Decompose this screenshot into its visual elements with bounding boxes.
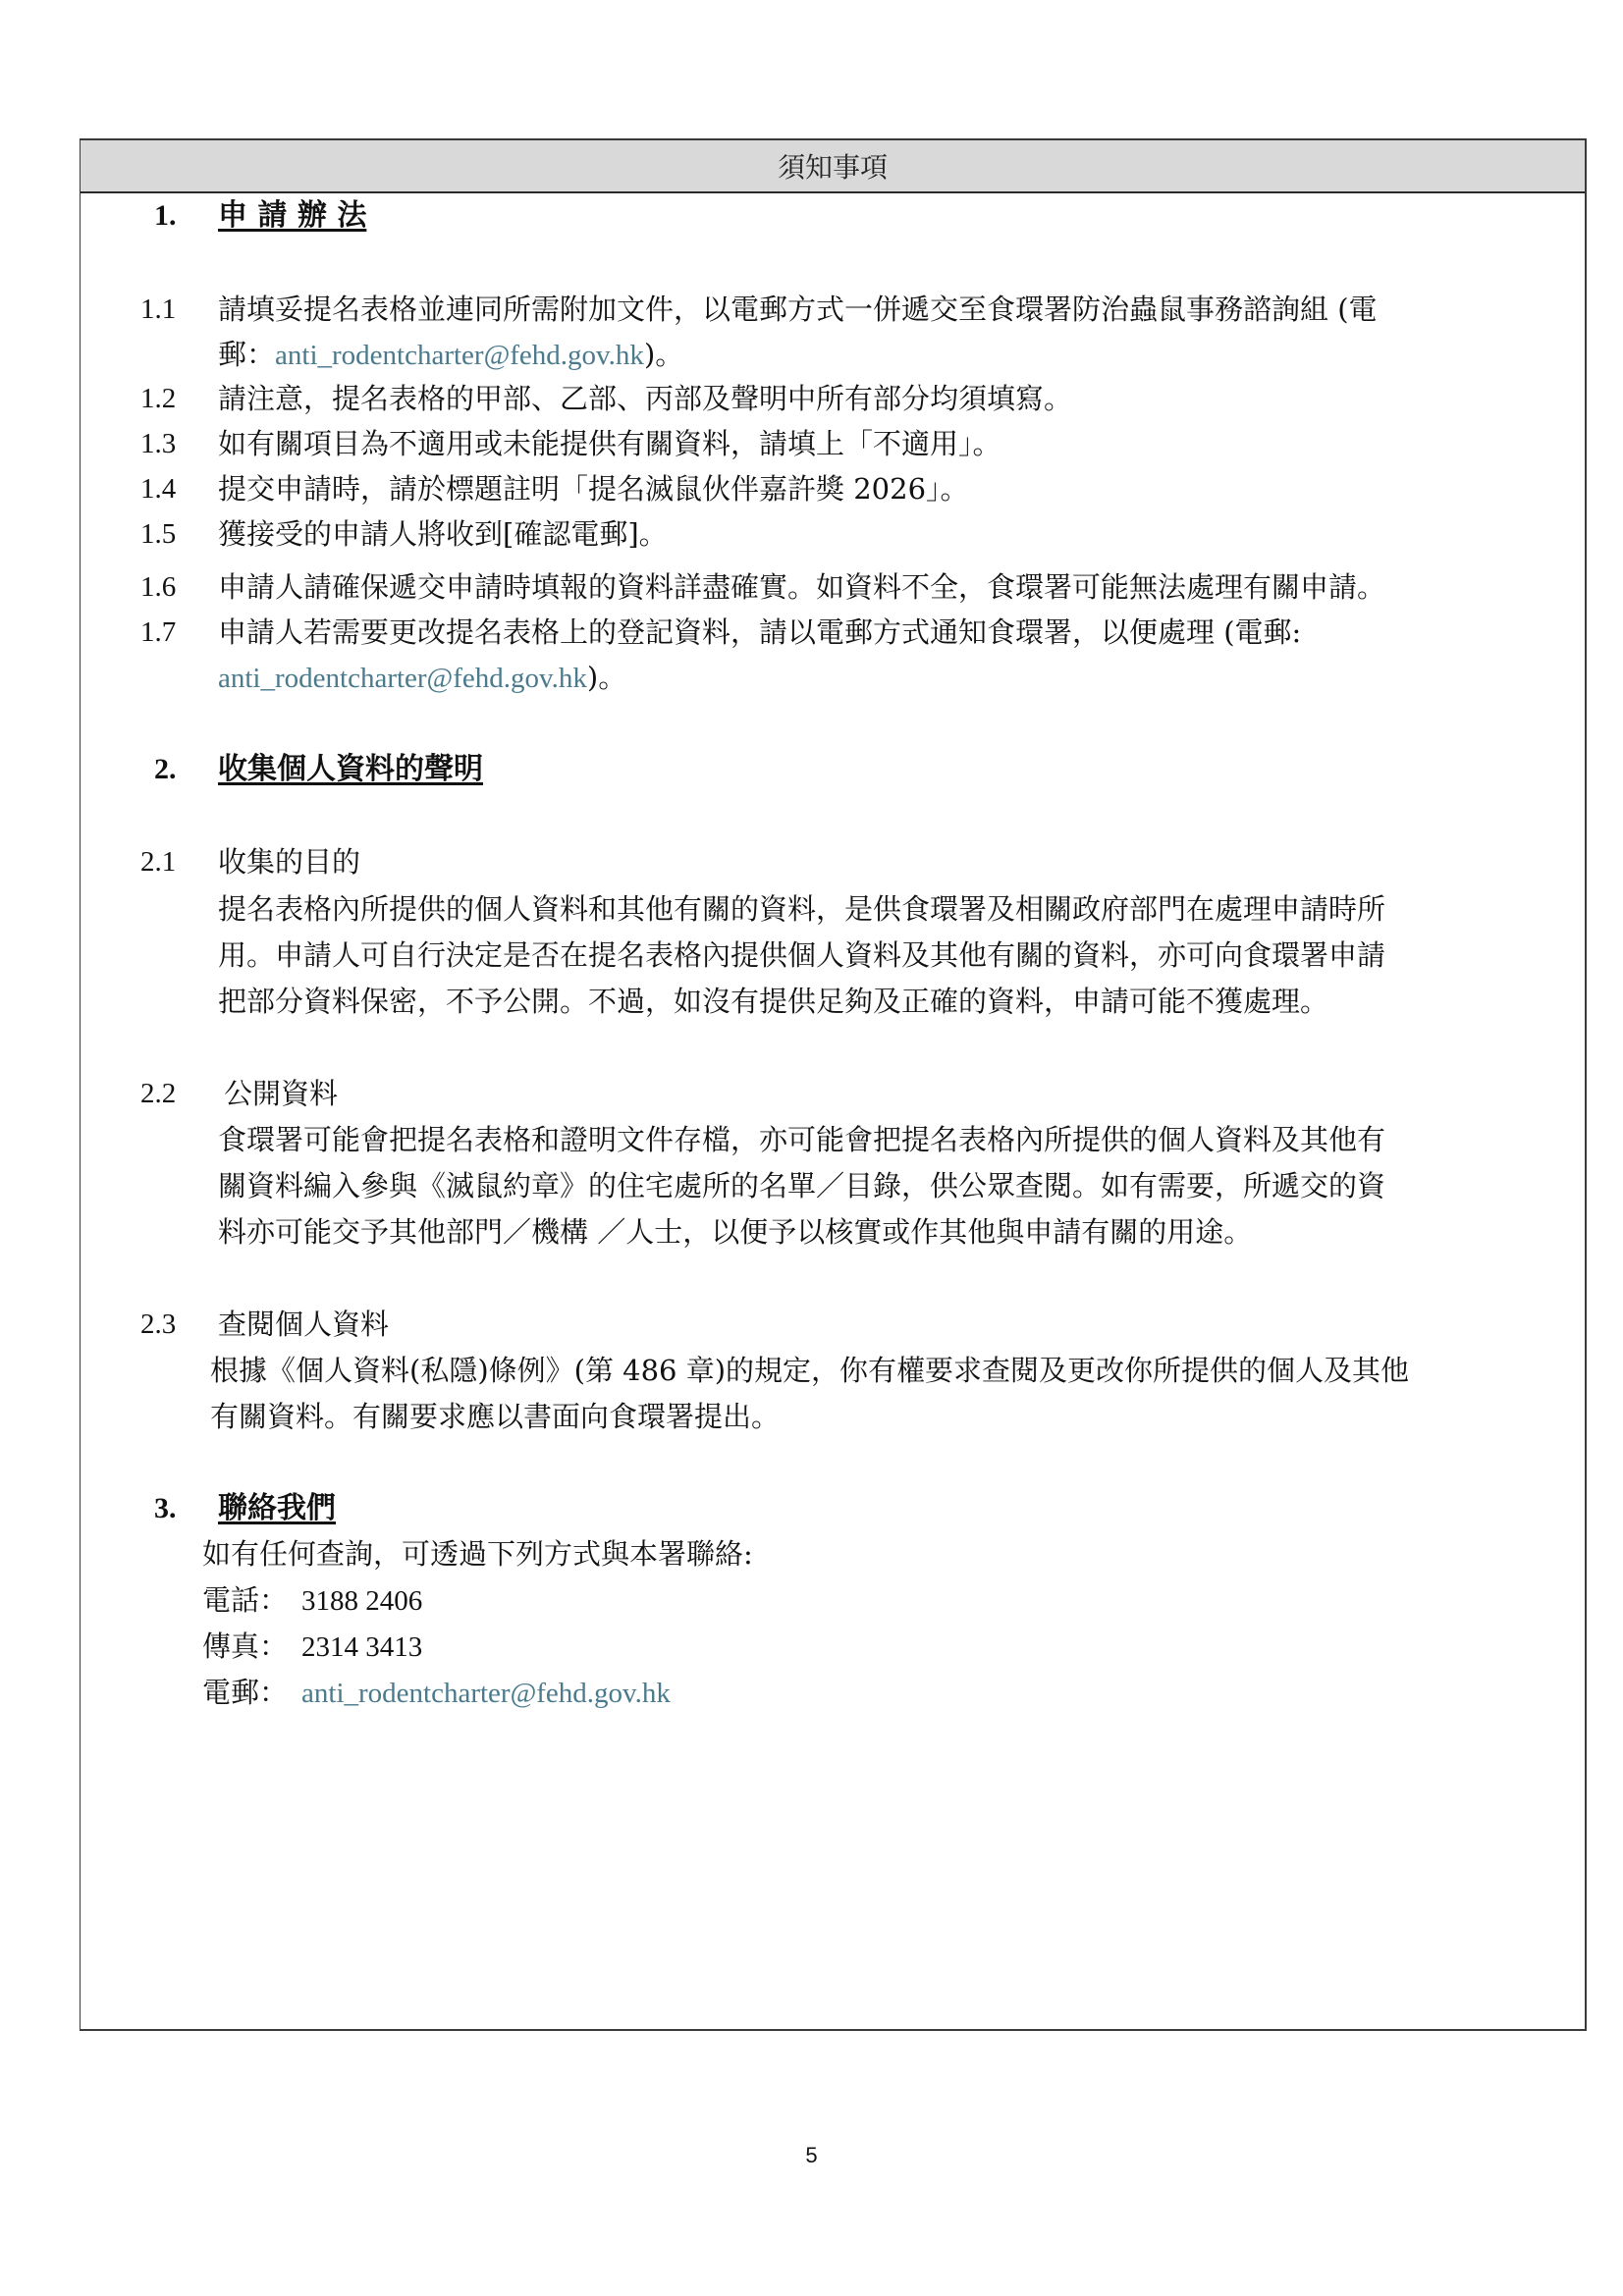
item-2-3-line: 根據《個人資料(私隱)條例》(第 486 章)的規定，你有權要求查閱及更改你所提… xyxy=(210,1354,1409,1387)
contact-phone-row: 電話：3188 2406 xyxy=(202,1583,422,1618)
item-2-1-line: 提名表格內所提供的個人資料和其他有關的資料，是供食環署及相關政府部門在處理申請時… xyxy=(218,892,1385,926)
item-1-2-number: 1.2 xyxy=(140,382,176,415)
item-2-2-number: 2.2 xyxy=(140,1077,176,1110)
item-2-1-heading: 收集的目的 xyxy=(218,845,360,879)
item-2-3-heading: 查閱個人資料 xyxy=(218,1308,389,1341)
contact-intro: 如有任何查詢，可透過下列方式與本署聯絡: xyxy=(202,1537,753,1571)
fax-value: 2314 3413 xyxy=(301,1631,422,1663)
item-1-4-number: 1.4 xyxy=(140,472,176,506)
section-2-number: 2. xyxy=(154,753,177,786)
item-2-1-line: 把部分資料保密，不予公開。不過，如沒有提供足夠及正確的資料，申請可能不獲處理。 xyxy=(218,985,1328,1018)
item-1-7-text: 申請人若需要更改提名表格上的登記資料，請以電郵方式通知食環署，以便處理 (電郵: xyxy=(218,615,1301,649)
item-1-4-text: 提交申請時，請於標題註明「提名滅鼠伙伴嘉許獎 2026」。 xyxy=(218,472,969,506)
item-1-1-text-line2: 郵：anti_rodentcharter@fehd.gov.hk)。 xyxy=(218,338,683,372)
section-3-title: 聯絡我們 xyxy=(218,1492,336,1525)
item-1-7-text-line2: anti_rodentcharter@fehd.gov.hk)。 xyxy=(218,661,626,695)
section-1-number: 1. xyxy=(154,199,177,233)
item-2-2-heading: 公開資料 xyxy=(224,1077,338,1110)
item-1-2-text: 請注意，提名表格的甲部、乙部、丙部及聲明中所有部分均須填寫。 xyxy=(218,382,1072,415)
email-link[interactable]: anti_rodentcharter@fehd.gov.hk xyxy=(218,663,587,694)
item-2-2-line: 食環署可能會把提名表格和證明文件存檔，亦可能會把提名表格內所提供的個人資料及其他… xyxy=(218,1123,1385,1156)
item-1-3-text: 如有關項目為不適用或未能提供有關資料，請填上「不適用」。 xyxy=(218,427,1001,460)
section-3-number: 3. xyxy=(154,1492,177,1525)
item-1-5-number: 1.5 xyxy=(140,517,176,551)
page-number: 5 xyxy=(0,2143,1623,2168)
email-link[interactable]: anti_rodentcharter@fehd.gov.hk xyxy=(275,340,644,371)
item-2-3-number: 2.3 xyxy=(140,1308,176,1341)
contact-email-row: 電郵：anti_rodentcharter@fehd.gov.hk xyxy=(202,1676,671,1710)
item-1-5-text: 獲接受的申請人將收到[確認電郵]。 xyxy=(218,517,668,551)
item-2-1-number: 2.1 xyxy=(140,845,176,879)
fax-label: 傳真： xyxy=(202,1629,288,1663)
notes-header-title: 須知事項 xyxy=(778,146,888,186)
notes-header: 須知事項 xyxy=(81,140,1585,193)
contact-email-link[interactable]: anti_rodentcharter@fehd.gov.hk xyxy=(301,1678,671,1709)
contact-fax-row: 傳真：2314 3413 xyxy=(202,1629,422,1664)
email-label: 電郵： xyxy=(202,1676,288,1709)
item-1-6-number: 1.6 xyxy=(140,570,176,604)
item-1-7-number: 1.7 xyxy=(140,615,176,649)
item-2-1-line: 用。申請人可自行決定是否在提名表格內提供個人資料及其他有關的資料，亦可向食環署申… xyxy=(218,938,1385,972)
item-1-1-number: 1.1 xyxy=(140,293,176,326)
item-1-3-number: 1.3 xyxy=(140,427,176,460)
section-1-title: 申 請 辦 法 xyxy=(218,199,366,233)
item-1-1-text: 請填妥提名表格並連同所需附加文件，以電郵方式一併遞交至食環署防治蟲鼠事務諮詢組 … xyxy=(218,293,1378,326)
item-2-2-line: 料亦可能交予其他部門／機構 ／人士，以便予以核實或作其他與申請有關的用途。 xyxy=(218,1215,1252,1249)
phone-label: 電話： xyxy=(202,1583,288,1617)
section-2-title: 收集個人資料的聲明 xyxy=(218,753,483,786)
item-1-6-text: 申請人請確保遞交申請時填報的資料詳盡確實。如資料不全，食環署可能無法處理有關申請… xyxy=(218,570,1385,604)
item-2-2-line: 關資料編入參與《滅鼠約章》的住宅處所的名單／目錄，供公眾查閱。如有需要，所遞交的… xyxy=(218,1169,1385,1202)
phone-value: 3188 2406 xyxy=(301,1585,422,1617)
item-2-3-line: 有關資料。有關要求應以書面向食環署提出。 xyxy=(210,1400,780,1433)
